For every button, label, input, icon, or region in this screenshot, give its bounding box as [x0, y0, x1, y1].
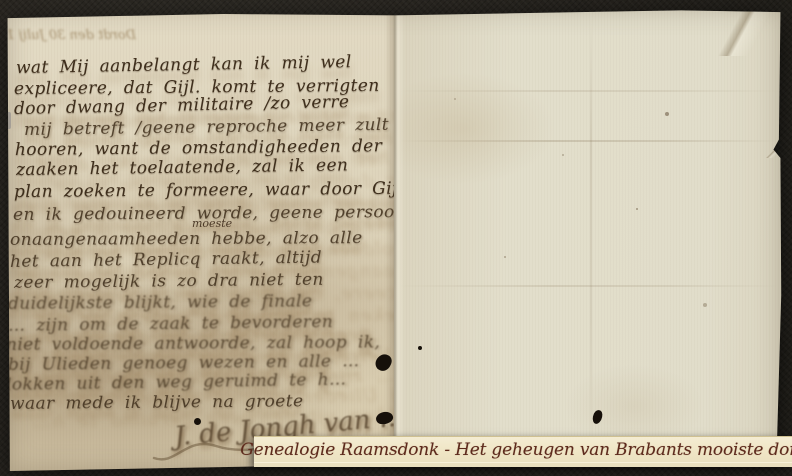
- center-fold-crease: [385, 8, 405, 471]
- crease-vertical: [590, 14, 592, 454]
- ornament-border: [254, 462, 792, 467]
- letter-scan: Dordt den 30 Julij 1795 hooren, want de …: [0, 0, 792, 476]
- scan-background: Dordt den 30 Julij 1795 hooren, want de …: [0, 0, 792, 476]
- handwritten-line: onaangenaamheeden hebbe, alzo alle: [10, 228, 363, 250]
- crease-horizontal: [398, 285, 780, 287]
- crease-horizontal: [398, 90, 780, 92]
- handwritten-line: waar mede ik blijve na groete: [10, 391, 304, 414]
- handwritten-line: wat Mij aanbelangt kan ik mij wel: [16, 52, 352, 78]
- letter-page-right: [394, 8, 782, 471]
- edge-notch: [766, 144, 782, 158]
- dateline-bleedthrough: Dordt den 30 Julij 1795: [0, 28, 136, 43]
- letter-page-left: Dordt den 30 Julij 1795 hooren, want de …: [6, 8, 394, 471]
- edge-mark: [6, 112, 11, 129]
- ink-blot: [418, 346, 422, 350]
- watermark-text: Genealogie Raamsdonk - Het geheugen van …: [240, 440, 792, 460]
- crease-horizontal: [398, 140, 780, 142]
- paper-speckles: [6, 8, 8, 10]
- letter-paper: Dordt den 30 Julij 1795 hooren, want de …: [6, 8, 782, 471]
- corner-crease: [690, 10, 790, 56]
- handwritten-line: zeer mogelijk is zo dra niet ten: [14, 270, 324, 293]
- ink-blot: [194, 418, 201, 425]
- handwritten-line: plan zoeken te formeere, waar door Gijl.: [14, 179, 409, 202]
- watermark-banner: Genealogie Raamsdonk - Het geheugen van …: [254, 436, 792, 467]
- handwritten-line: duidelijkste blijkt, wie de finale: [8, 291, 313, 314]
